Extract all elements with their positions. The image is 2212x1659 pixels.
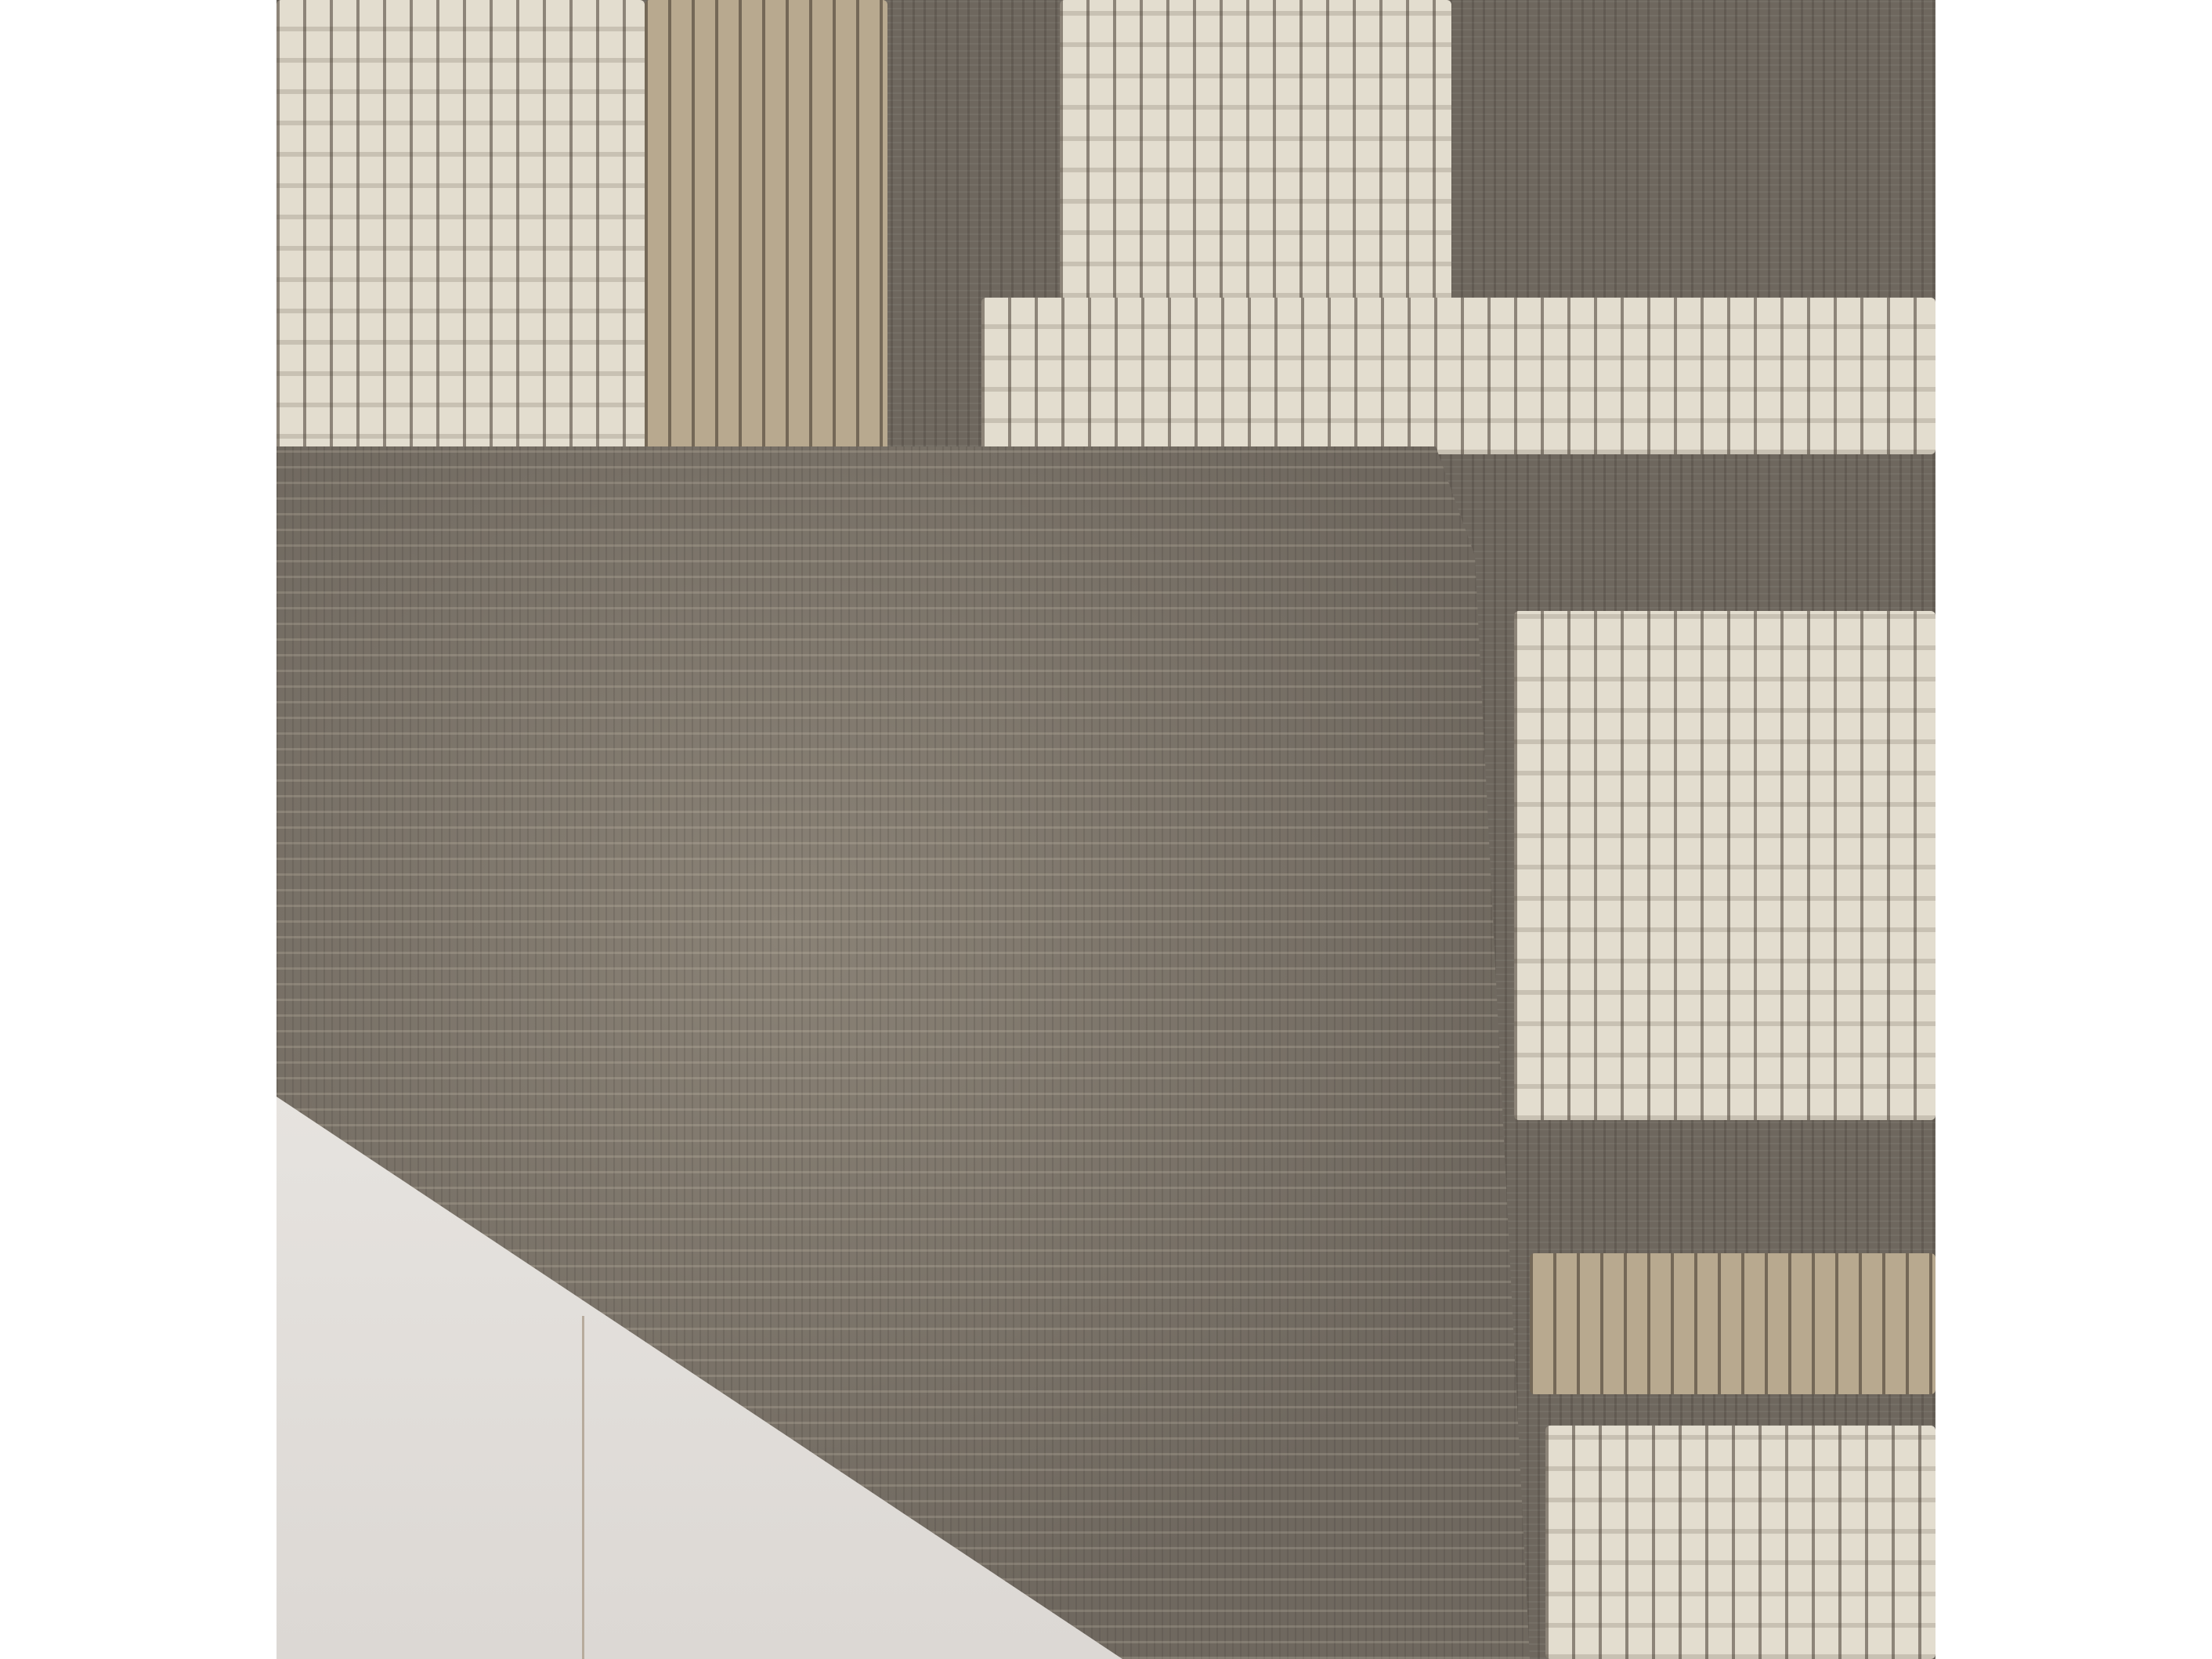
rug-pattern-motif — [645, 0, 887, 470]
rug-pattern-motif — [1514, 611, 1935, 1120]
rug-pattern-motif — [1545, 1426, 1935, 1659]
floor-seam — [582, 1316, 584, 1659]
product-photo: Gray and ivory textured wool rug with co… — [276, 0, 1935, 1659]
rug-pattern-motif — [276, 0, 645, 470]
rug-pattern-motif — [1530, 1253, 1935, 1394]
rug-pattern-motif — [981, 298, 1935, 454]
rug-pattern-motif — [1060, 0, 1451, 329]
